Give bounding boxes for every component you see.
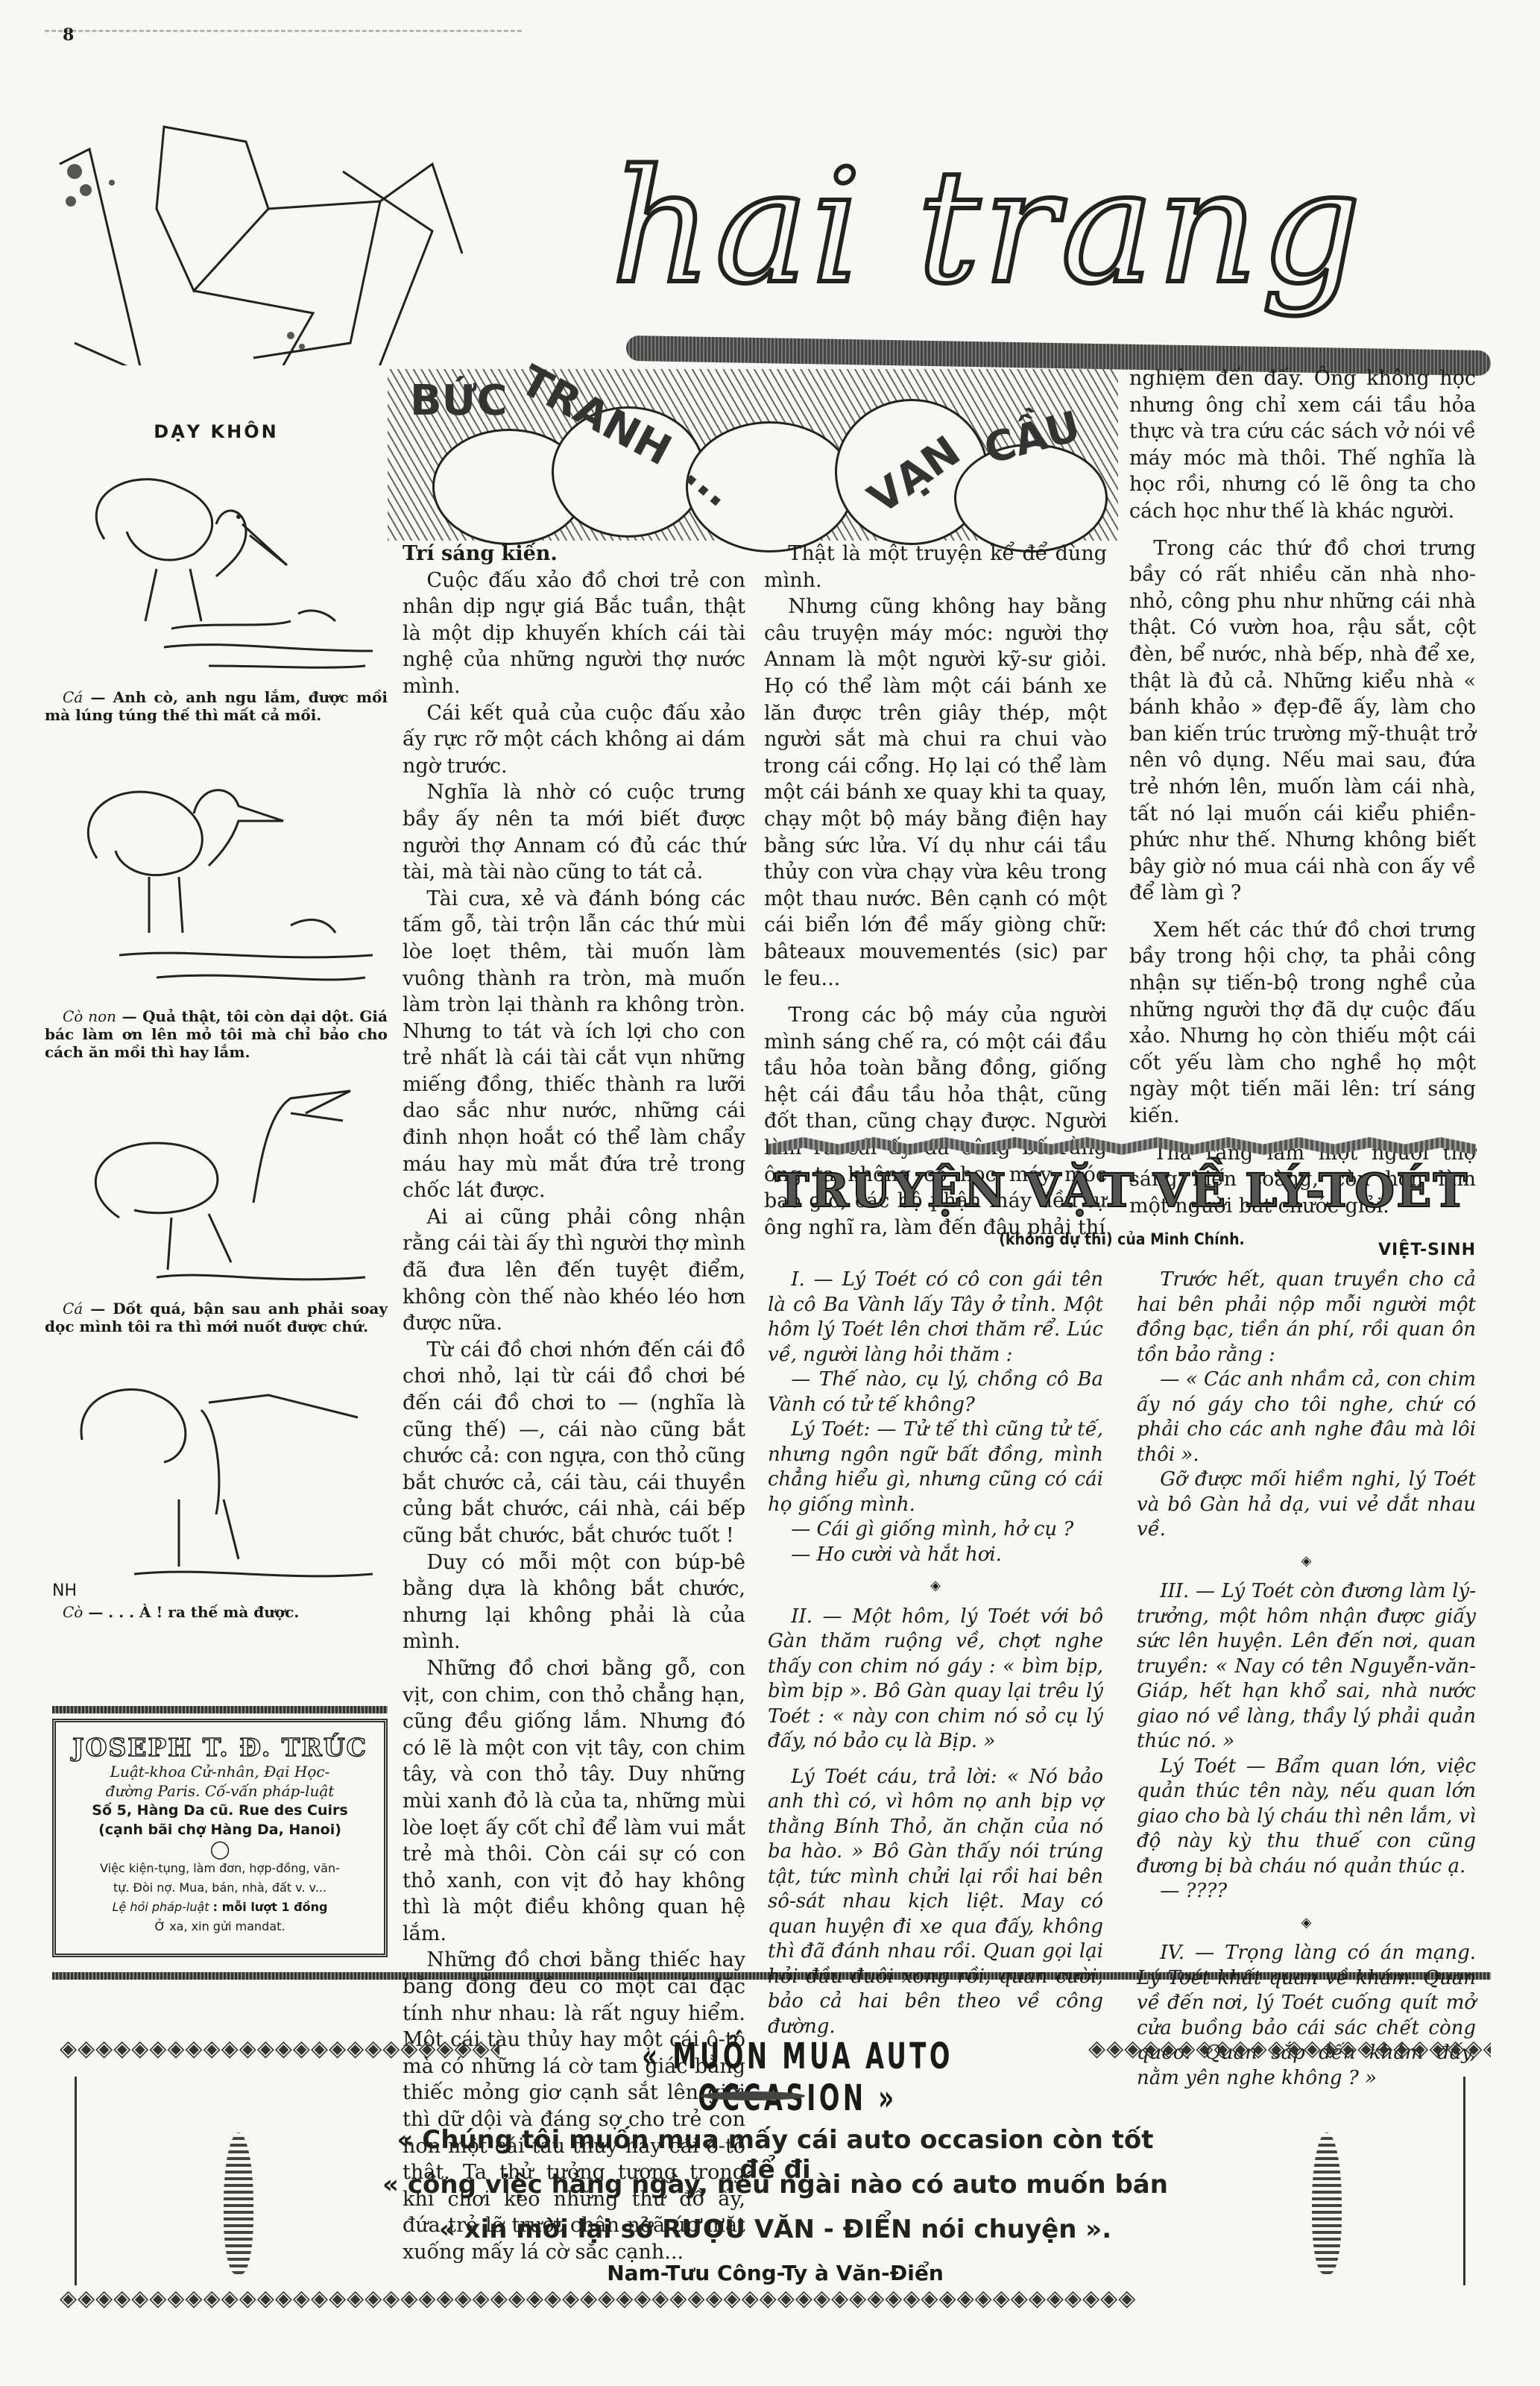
cartoon-caption-1: Cá — Anh cò, anh ngu lắm, được mồi mà lú… [45,688,388,724]
masthead: hai trang [45,119,1476,365]
buc-tranh-banner: BỨC TRANH ... VẠN CẦU [388,369,1118,541]
top-scan-mark [45,30,522,32]
young-heron-illustration [45,739,388,1007]
law-office-ad: JOSEPH T. Đ. TRÚC Luật-khoa Cử-nhân, Đại… [52,1719,388,1957]
caption-speaker: Cá [63,688,83,706]
article-buc-tranh-col2: Thật là một truyện kể để dùng mình. Nhưn… [764,541,1107,1241]
ly-toet-col1: I. — Lý Toét có cô con gái tên là cô Ba … [768,1268,1103,2039]
lawyer-name: JOSEPH T. Đ. TRÚC [68,1733,372,1762]
masthead-title: hai trang [611,149,1364,306]
section-divider-icon: ◈ [1137,1549,1476,1574]
cartoon-strip: DẠY KHÔN Cá — Anh cò, anh ngu lắm, được … [45,421,388,1621]
section-divider-icon: ◈ [1137,1910,1476,1936]
heron-holding-fish-illustration [45,1068,388,1300]
ly-toet-title: TRUYỆN VẶT VỀ LÝ-TOÉT [768,1163,1476,1218]
ornament-border-top-left: ◈◈◈◈◈◈◈◈◈◈◈◈◈◈◈◈◈◈◈◈◈◈◈◈◈◈◈◈◈◈◈◈◈◈◈◈◈◈◈◈… [60,2036,499,2062]
open-books-illustration [45,119,611,365]
wheat-ornament-left [224,2132,253,2274]
ornament-border-bottom: ◈◈◈◈◈◈◈◈◈◈◈◈◈◈◈◈◈◈◈◈◈◈◈◈◈◈◈◈◈◈◈◈◈◈◈◈◈◈◈◈… [60,2285,1491,2311]
section-divider-icon: ◈ [768,1573,1103,1599]
wheat-ornament-right [1312,2132,1342,2274]
ornament-border-top-right: ◈◈◈◈◈◈◈◈◈◈◈◈◈◈◈◈◈◈◈◈◈◈◈◈◈◈◈◈◈◈◈◈◈◈◈◈◈◈◈◈… [1088,2036,1491,2062]
article-buc-tranh-col1: Trí sáng kiến. Cuộc đấu xảo đồ chơi trẻ … [403,541,745,2266]
cartoon-caption-3: Cá — Dốt quá, bận sau anh phải soay dọc … [45,1300,388,1335]
rule [52,1706,388,1713]
ly-toet-col2: Trước hết, quan truyền cho cả hai bên ph… [1137,1268,1476,2091]
cartoon-caption-4: Cò — . . . À ! ra thế mà được. [45,1603,388,1621]
heron-swallowing-illustration [45,1350,388,1596]
cartoon-title: DẠY KHÔN [45,421,388,442]
ad-signature: Nam-Tưu Công-Ty à Văn-Điển [380,2261,1170,2285]
heron-fish-illustration [45,442,388,688]
article-buc-tranh-col3: nghiệm đến đấy. Ông không học nhưng ông … [1129,365,1476,1264]
ornament-icon: ◯ [68,1839,372,1859]
tilde-ornament [701,2091,805,2100]
cartoon-caption-2: Cò non — Quả thật, tôi còn dại dột. Giá … [45,1007,388,1061]
page-number: 8 [63,25,74,45]
ly-toet-subtitle: (không dự thi) của Minh Chính. [768,1230,1476,1248]
auto-occasion-ad: ◈◈◈◈◈◈◈◈◈◈◈◈◈◈◈◈◈◈◈◈◈◈◈◈◈◈◈◈◈◈◈◈◈◈◈◈◈◈◈◈… [60,2021,1491,2319]
